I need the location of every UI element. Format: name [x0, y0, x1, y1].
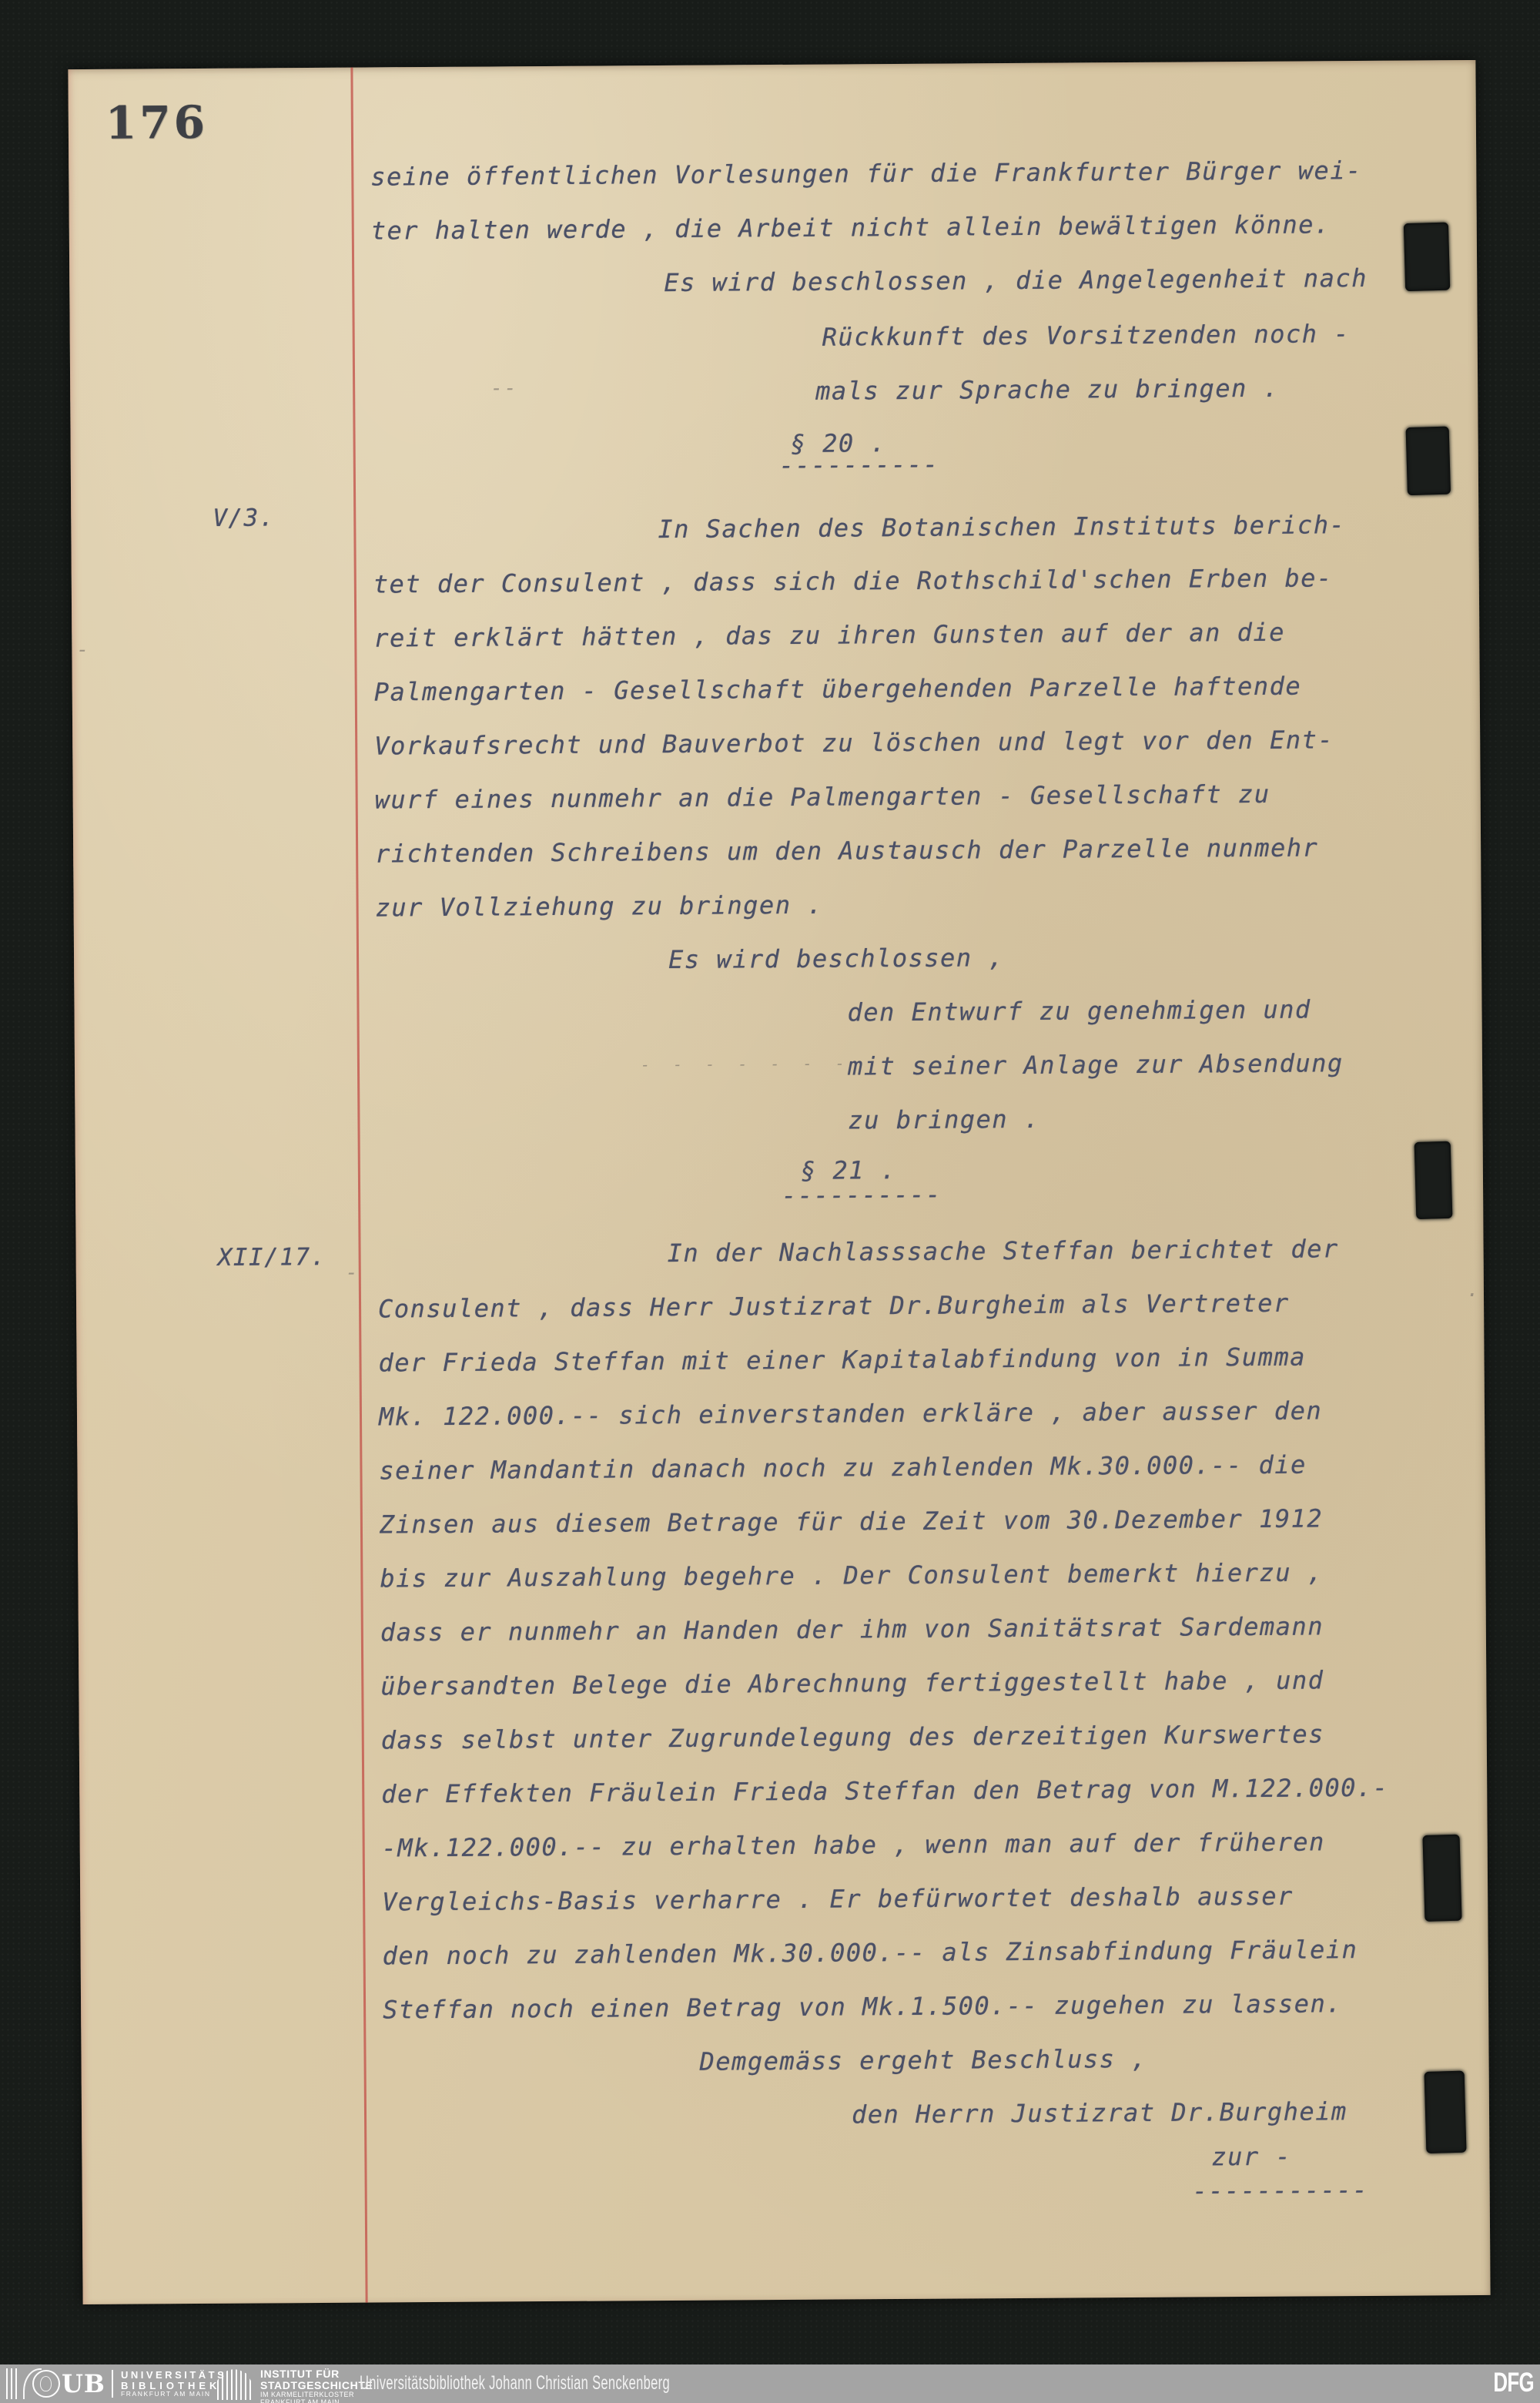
goethe-medallion-icon: [32, 2370, 60, 2398]
typewritten-line: mit seiner Anlage zur Absendung: [848, 1048, 1344, 1081]
typewritten-line: reit erklärt hätten , das zu ihren Gunst…: [373, 618, 1285, 653]
typewritten-line: mals zur Sprache zu bringen .: [815, 374, 1279, 406]
typewritten-line: zur Vollziehung zu bringen .: [375, 890, 823, 923]
typewritten-line: In der Nachlasssache Steffan berichtet d…: [667, 1234, 1338, 1268]
karmeliterkloster-arch-icon: [217, 2369, 251, 2400]
typewritten-line: seiner Mandantin danach noch zu zahlende…: [379, 1450, 1307, 1486]
typewritten-line: wurf eines nunmehr an die Palmengarten -…: [375, 779, 1270, 815]
pencil-mark: --: [490, 377, 518, 400]
typewritten-line: Vorkaufsrecht und Bauverbot zu löschen u…: [374, 725, 1334, 760]
typewritten-line: ter halten werde , die Arbeit nicht alle…: [371, 209, 1331, 245]
university-library-logo: UB UNIVERSITÄTS BIBLIOTHEK FRANKFURT AM …: [6, 2368, 226, 2400]
typewritten-line: übersandten Belege die Abrechnung fertig…: [380, 1665, 1324, 1701]
ub-abbreviation: UB: [62, 2369, 105, 2398]
binding-hole: [1404, 223, 1450, 292]
scan-background: 176 seine öffentlichen Vorlesungen für d…: [0, 0, 1540, 2403]
typewritten-line: den noch zu zahlenden Mk.30.000.-- als Z…: [383, 1935, 1358, 1970]
red-margin-rule: [350, 68, 367, 2303]
page-number-stamp: 176: [105, 96, 209, 149]
pencil-mark: -: [346, 1262, 360, 1285]
institute-logo-text: INSTITUT FÜR STADTGESCHICHTE IM KARMELIT…: [260, 2368, 373, 2403]
ub-logo-line: BIBLIOTHEK: [121, 2381, 226, 2391]
institute-logo-line: FRANKFURT AM MAIN: [260, 2399, 373, 2403]
typewritten-line: tet der Consulent , dass sich die Rothsc…: [373, 563, 1333, 598]
typewritten-line: Demgemäss ergeht Beschluss ,: [699, 2044, 1147, 2076]
typewritten-line: Mk. 122.000.-- sich einverstanden erklär…: [379, 1396, 1322, 1431]
pencil-mark: ·: [1466, 1284, 1480, 1307]
typewritten-line: dass er nunmehr an Handen der ihm von Sa…: [380, 1611, 1324, 1647]
institute-logo-line: STADTGESCHICHTE: [260, 2380, 373, 2391]
dashed-rule: ----------: [782, 1180, 942, 1210]
margin-note: V/3.: [213, 504, 275, 533]
ub-logo-line: UNIVERSITÄTS: [121, 2370, 226, 2381]
typewritten-line: dass selbst unter Zugrundelegung des der…: [381, 1719, 1324, 1754]
margin-note: XII/17.: [218, 1243, 326, 1272]
typewritten-line: der Effekten Fräulein Frieda Steffan den…: [381, 1773, 1388, 1809]
logo-divider: [112, 2370, 113, 2398]
typewritten-line: Es wird beschlossen , die Angelegenheit …: [664, 263, 1368, 297]
document-page: 176 seine öffentlichen Vorlesungen für d…: [68, 60, 1490, 2304]
typewritten-line: Zinsen aus diesem Betrage für die Zeit v…: [380, 1503, 1323, 1539]
pencil-mark: - - - - - - -: [641, 1054, 846, 1074]
typewritten-line: zu bringen .: [848, 1104, 1039, 1135]
ub-logo-line: FRANKFURT AM MAIN: [121, 2391, 226, 2398]
typewritten-line: Rückkunft des Vorsitzenden noch -: [822, 319, 1351, 352]
typewritten-line: zur -: [1211, 2142, 1291, 2172]
dfg-logo: DFG: [1494, 2368, 1534, 2398]
typewritten-line: den Entwurf zu genehmigen und: [847, 995, 1311, 1027]
typewritten-line: den Herrn Justizrat Dr.Burgheim: [852, 2096, 1347, 2129]
book-pages-icon: [6, 2368, 20, 2399]
dashed-rule: ----------: [779, 450, 939, 480]
typewritten-line: seine öffentlichen Vorlesungen für die F…: [370, 156, 1362, 192]
dashed-rule: -----------: [1193, 2175, 1369, 2206]
binding-hole: [1406, 427, 1451, 496]
typewritten-line: Es wird beschlossen ,: [668, 943, 1004, 974]
ub-logo-text: UNIVERSITÄTS BIBLIOTHEK FRANKFURT AM MAI…: [121, 2370, 226, 2398]
typewritten-line: Consulent , dass Herr Justizrat Dr.Burgh…: [378, 1289, 1290, 1324]
pencil-mark: -: [76, 638, 90, 662]
library-attribution: Universitätsbibliothek Johann Christian …: [360, 2372, 670, 2395]
footer-bar: UB UNIVERSITÄTS BIBLIOTHEK FRANKFURT AM …: [0, 2364, 1540, 2403]
typewritten-line: richtenden Schreibens um den Austausch d…: [375, 833, 1318, 868]
typewritten-line: Steffan noch einen Betrag von Mk.1.500.-…: [383, 1989, 1342, 2024]
typewritten-line: Palmengarten - Gesellschaft übergehenden…: [374, 672, 1302, 707]
binding-hole: [1424, 2071, 1467, 2153]
typewritten-line: Vergleichs-Basis verharre . Er befürwort…: [382, 1882, 1294, 1917]
binding-hole: [1422, 1835, 1461, 1922]
typewritten-line: der Frieda Steffan mit einer Kapitalabfi…: [378, 1342, 1306, 1378]
institute-logo-line: INSTITUT FÜR: [260, 2368, 373, 2380]
typewritten-line: -Mk.122.000.-- zu erhalten habe , wenn m…: [382, 1827, 1325, 1862]
typewritten-line: bis zur Auszahlung begehre . Der Consule…: [380, 1557, 1323, 1593]
typewritten-line: In Sachen des Botanischen Instituts beri…: [658, 510, 1345, 544]
binding-hole: [1414, 1141, 1453, 1219]
